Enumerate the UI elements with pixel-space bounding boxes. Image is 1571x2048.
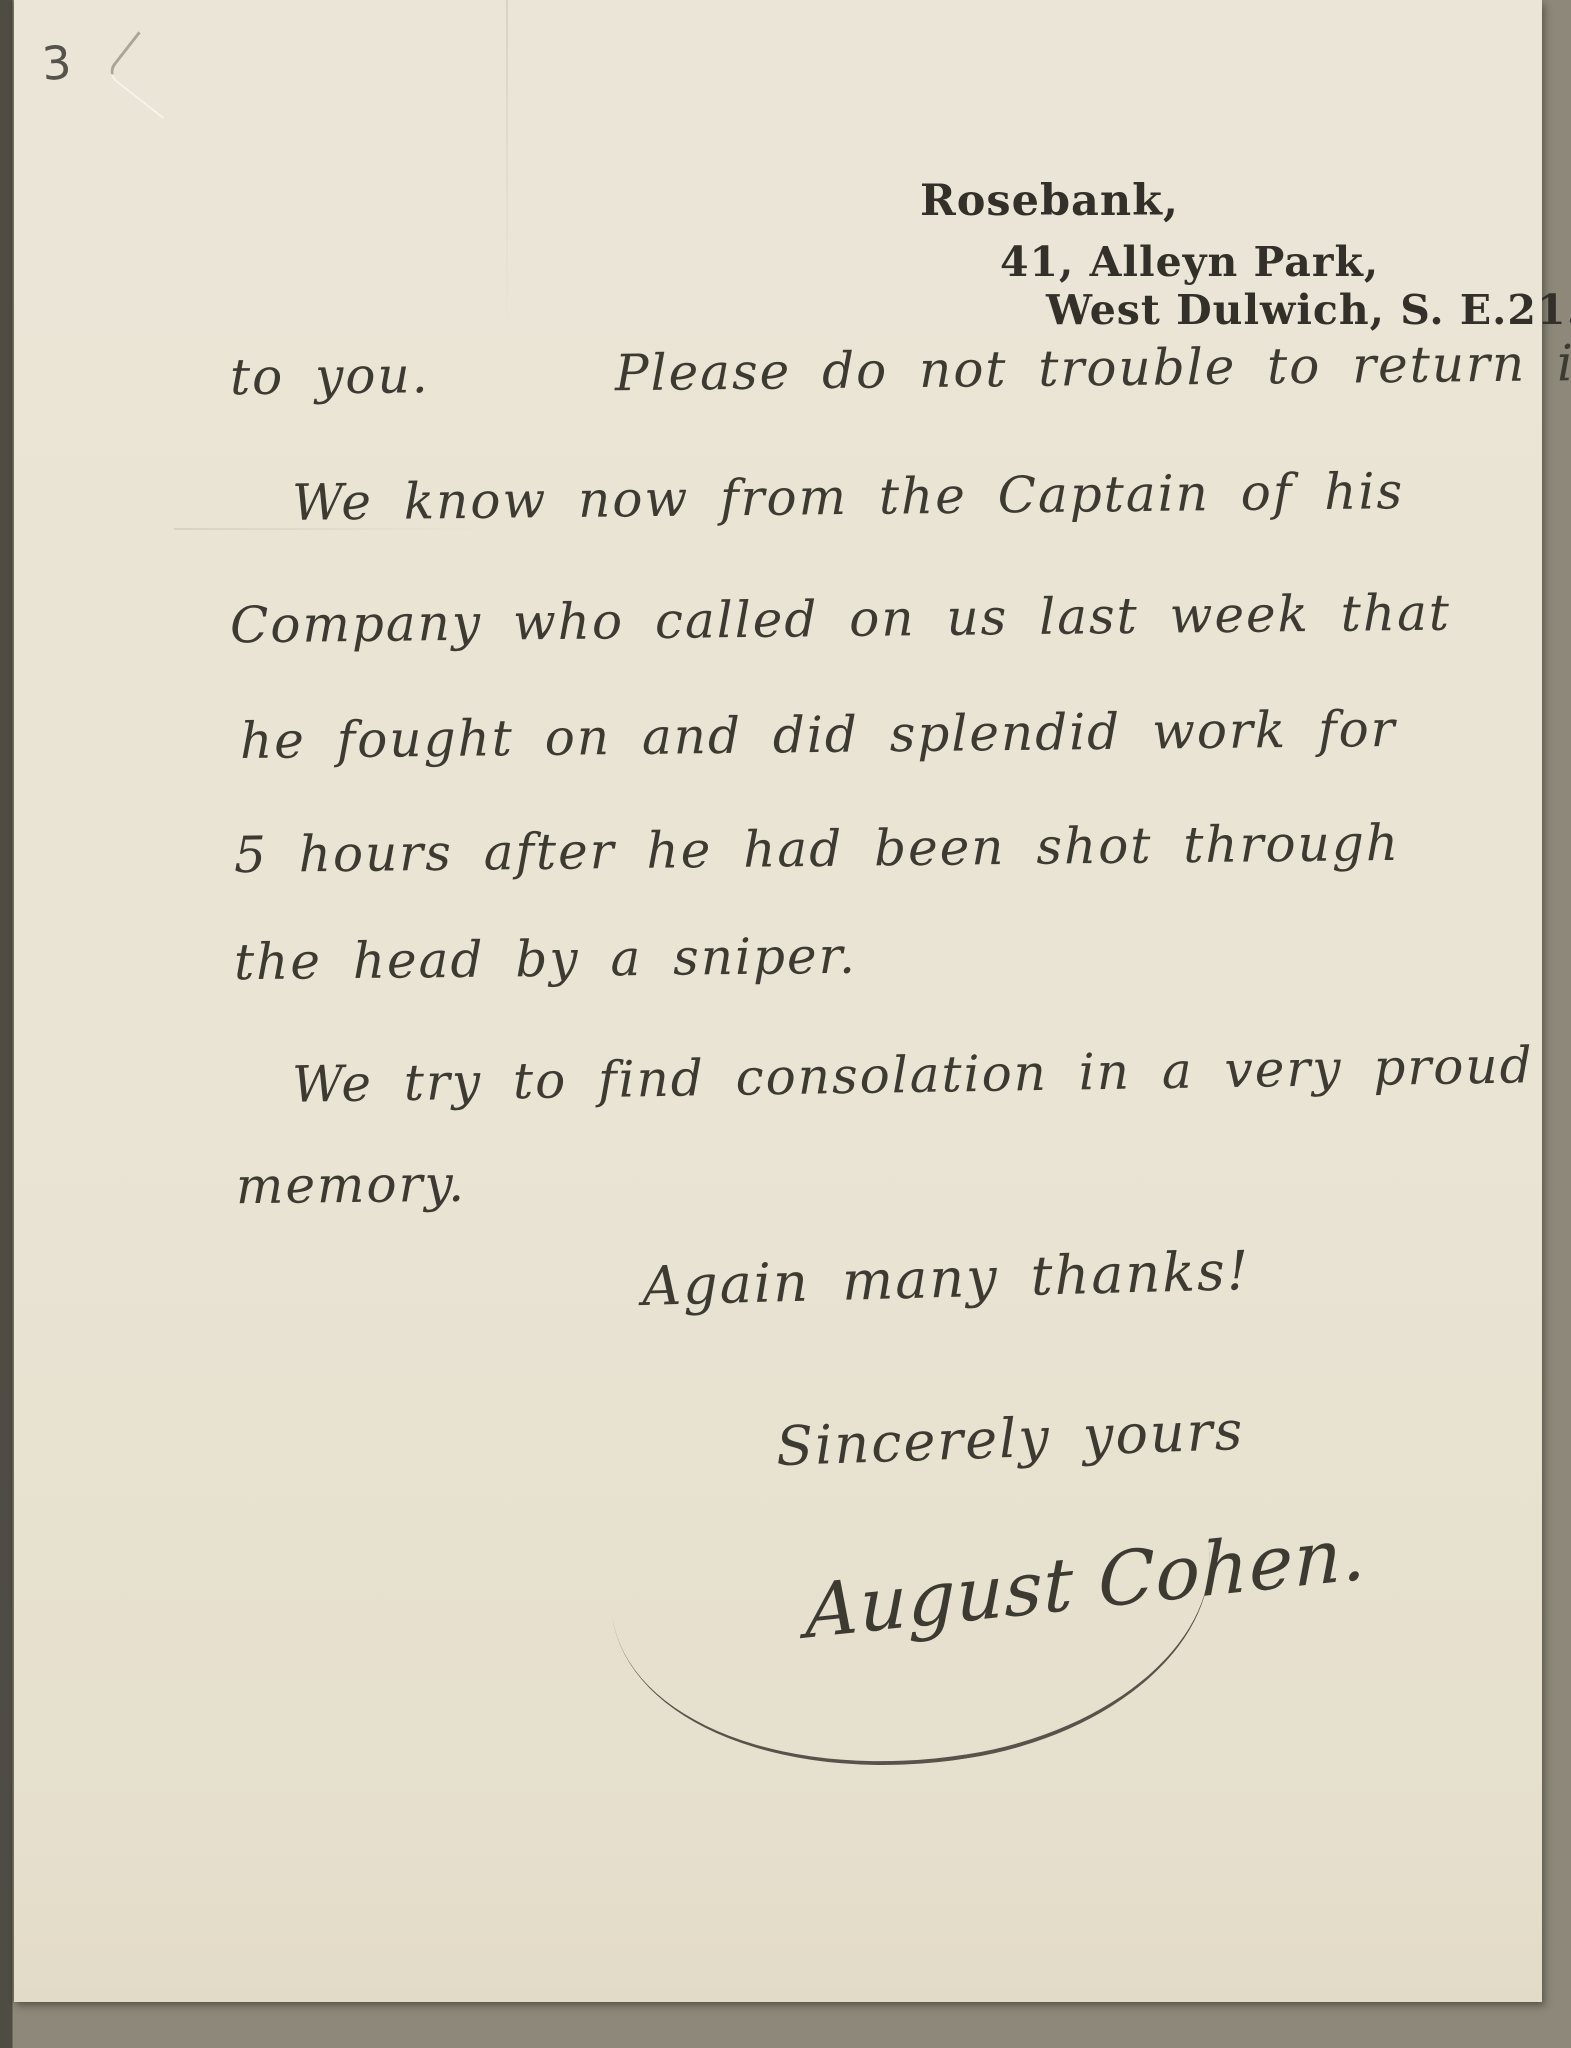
closing-thanks-line: Again many thanks! <box>641 1244 1251 1314</box>
letterhead-district-line: West Dulwich, S. E.21. <box>1046 286 1571 334</box>
scan-background: 3 Rosebank, 41, Alleyn Park, West Dulwic… <box>0 0 1571 2048</box>
vertical-fold-mark <box>506 0 508 330</box>
letter-paper: 3 Rosebank, 41, Alleyn Park, West Dulwic… <box>14 0 1542 2002</box>
page-number-annotation: 3 <box>40 35 73 91</box>
handwritten-line-1: to you. Please do not trouble to return … <box>230 338 1571 403</box>
handwritten-line-6: the head by a sniper. <box>234 931 857 988</box>
handwritten-line-2: We know now from the Captain of his <box>292 466 1405 528</box>
handwritten-line-7: We try to find consolation in a very pro… <box>292 1040 1534 1109</box>
closing-valediction-line: Sincerely yours <box>775 1404 1245 1474</box>
letterhead-house-name: Rosebank, <box>920 176 1179 226</box>
handwritten-line-5: 5 hours after he had been shot through <box>234 818 1400 880</box>
handwritten-line-8: memory. <box>236 1159 466 1211</box>
letterhead-street-line: 41, Alleyn Park, <box>1000 238 1379 286</box>
corner-crease-mark <box>105 31 196 118</box>
handwritten-line-3: Company who called on us last week that <box>230 588 1451 651</box>
handwritten-line-4: he fought on and did splendid work for <box>240 704 1397 766</box>
